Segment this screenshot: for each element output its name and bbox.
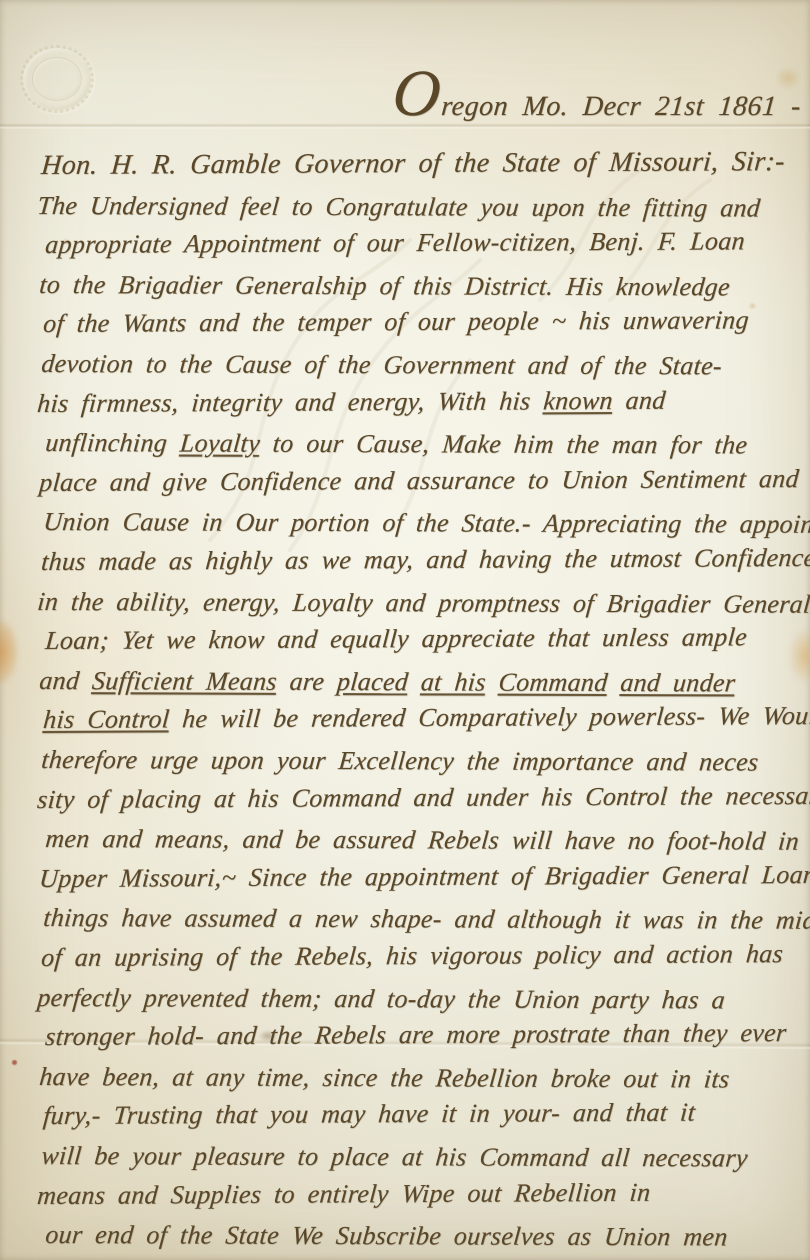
letter-line-21: of an uprising of the Rebels, his vigoro… xyxy=(40,938,784,974)
letter-line-3: appropriate Appointment of our Fellow-ci… xyxy=(44,225,746,261)
letter-line-6: devotion to the Cause of the Government … xyxy=(40,348,723,382)
letter-line-23: stronger hold- and the Rebels are more p… xyxy=(44,1017,788,1053)
letter-line-18: men and means, and be assured Rebels wil… xyxy=(44,823,800,858)
letter-line-8: unflinching Loyalty to our Cause, Make h… xyxy=(44,427,749,461)
letter-line-25: fury,- Trusting that you may have it in … xyxy=(42,1097,697,1132)
letter-line-19: Upper Missouri,~ Since the appointment o… xyxy=(38,859,810,895)
underlined-word: and under xyxy=(619,668,736,697)
letter-line-14: and Sufficient Means are placed at his C… xyxy=(38,665,737,699)
letter-line-13: Loan; Yet we know and equally appreciate… xyxy=(44,621,748,657)
letter-line-4: to the Brigadier Generalship of this Dis… xyxy=(38,269,731,303)
letter-line-1: Hon. H. R. Gamble Governor of the State … xyxy=(40,146,786,182)
letter-line-10: Union Cause in Our portion of the State.… xyxy=(42,506,810,541)
underlined-word: at his xyxy=(420,667,487,696)
underlined-word: Command xyxy=(497,668,609,697)
letter-line-26: will be your pleasure to place at his Co… xyxy=(40,1140,749,1174)
letter-line-28: our end of the State We Subscribe oursel… xyxy=(44,1219,729,1253)
letter-line-11: thus made as highly as we may, and havin… xyxy=(40,542,810,578)
underlined-word: placed xyxy=(336,667,410,696)
letter-line-24: have been, at any time, since the Rebell… xyxy=(38,1061,731,1095)
letter-line-2: The Undersigned feel to Congratulate you… xyxy=(36,190,762,225)
letter-line-5: of the Wants and the temper of our peopl… xyxy=(42,304,750,340)
letter-line-17: sity of placing at his Command and under… xyxy=(36,780,810,816)
letter-line-12: in the ability, energy, Loyalty and prom… xyxy=(36,586,810,621)
letter-page: Oregon Mo. Decr 21st 1861 - Hon. H. R. G… xyxy=(0,0,810,1260)
underlined-word: Loyalty xyxy=(179,428,262,457)
letter-line-7: his firmness, integrity and energy, With… xyxy=(36,385,667,420)
letter-line-20: things have assumed a new shape- and alt… xyxy=(42,902,810,937)
underlined-word: his Control xyxy=(42,704,171,734)
letter-line-15: his Control he will be rendered Comparat… xyxy=(42,700,810,736)
letter-line-27: means and Supplies to entirely Wipe out … xyxy=(36,1177,652,1212)
letter-line-16: therefore urge upon your Excellency the … xyxy=(40,744,760,779)
underlined-word: known xyxy=(542,386,614,415)
letter-body: Hon. H. R. Gamble Governor of the State … xyxy=(0,0,810,1260)
letter-line-9: place and give Confidence and assurance … xyxy=(38,463,810,499)
underlined-word: Sufficient Means xyxy=(91,666,278,696)
letter-line-22: perfectly prevented them; and to-day the… xyxy=(36,982,726,1016)
